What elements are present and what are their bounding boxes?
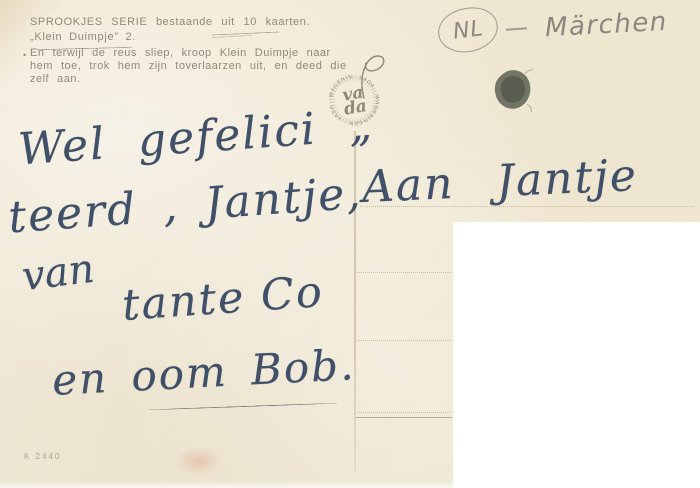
series-line: SPROOKJES SERIE bestaande uit 10 kaarten… [30,16,310,28]
address-rule-4-solid [356,417,452,418]
caption-block: En terwijl de reus sliep, kroop Klein Du… [30,47,360,86]
postcard-scan: SPROOKJES SERIE bestaande uit 10 kaarten… [0,0,700,488]
caption-bullet: • [23,50,26,60]
faint-red-smudge [176,446,222,476]
address-rule-2 [357,272,452,273]
card-title-line: „Klein Duimpje” 2. [30,31,136,43]
address-rule-3 [357,340,452,341]
card-bottom-edge [0,481,700,488]
address-mask [453,222,700,488]
print-code: K 2440 [24,452,61,461]
country-code-label: NL [451,16,485,45]
caption-line-3: zelf aan. [30,73,360,86]
stamp-residue-blob [491,66,537,116]
pencil-maerchen-label: Märchen [544,7,668,43]
caption-line-2: hem toe, trok hem zijn toverlaarzen uit,… [30,60,360,73]
address-rule-4-dotted [357,412,452,413]
message-line-3: van [19,246,96,300]
